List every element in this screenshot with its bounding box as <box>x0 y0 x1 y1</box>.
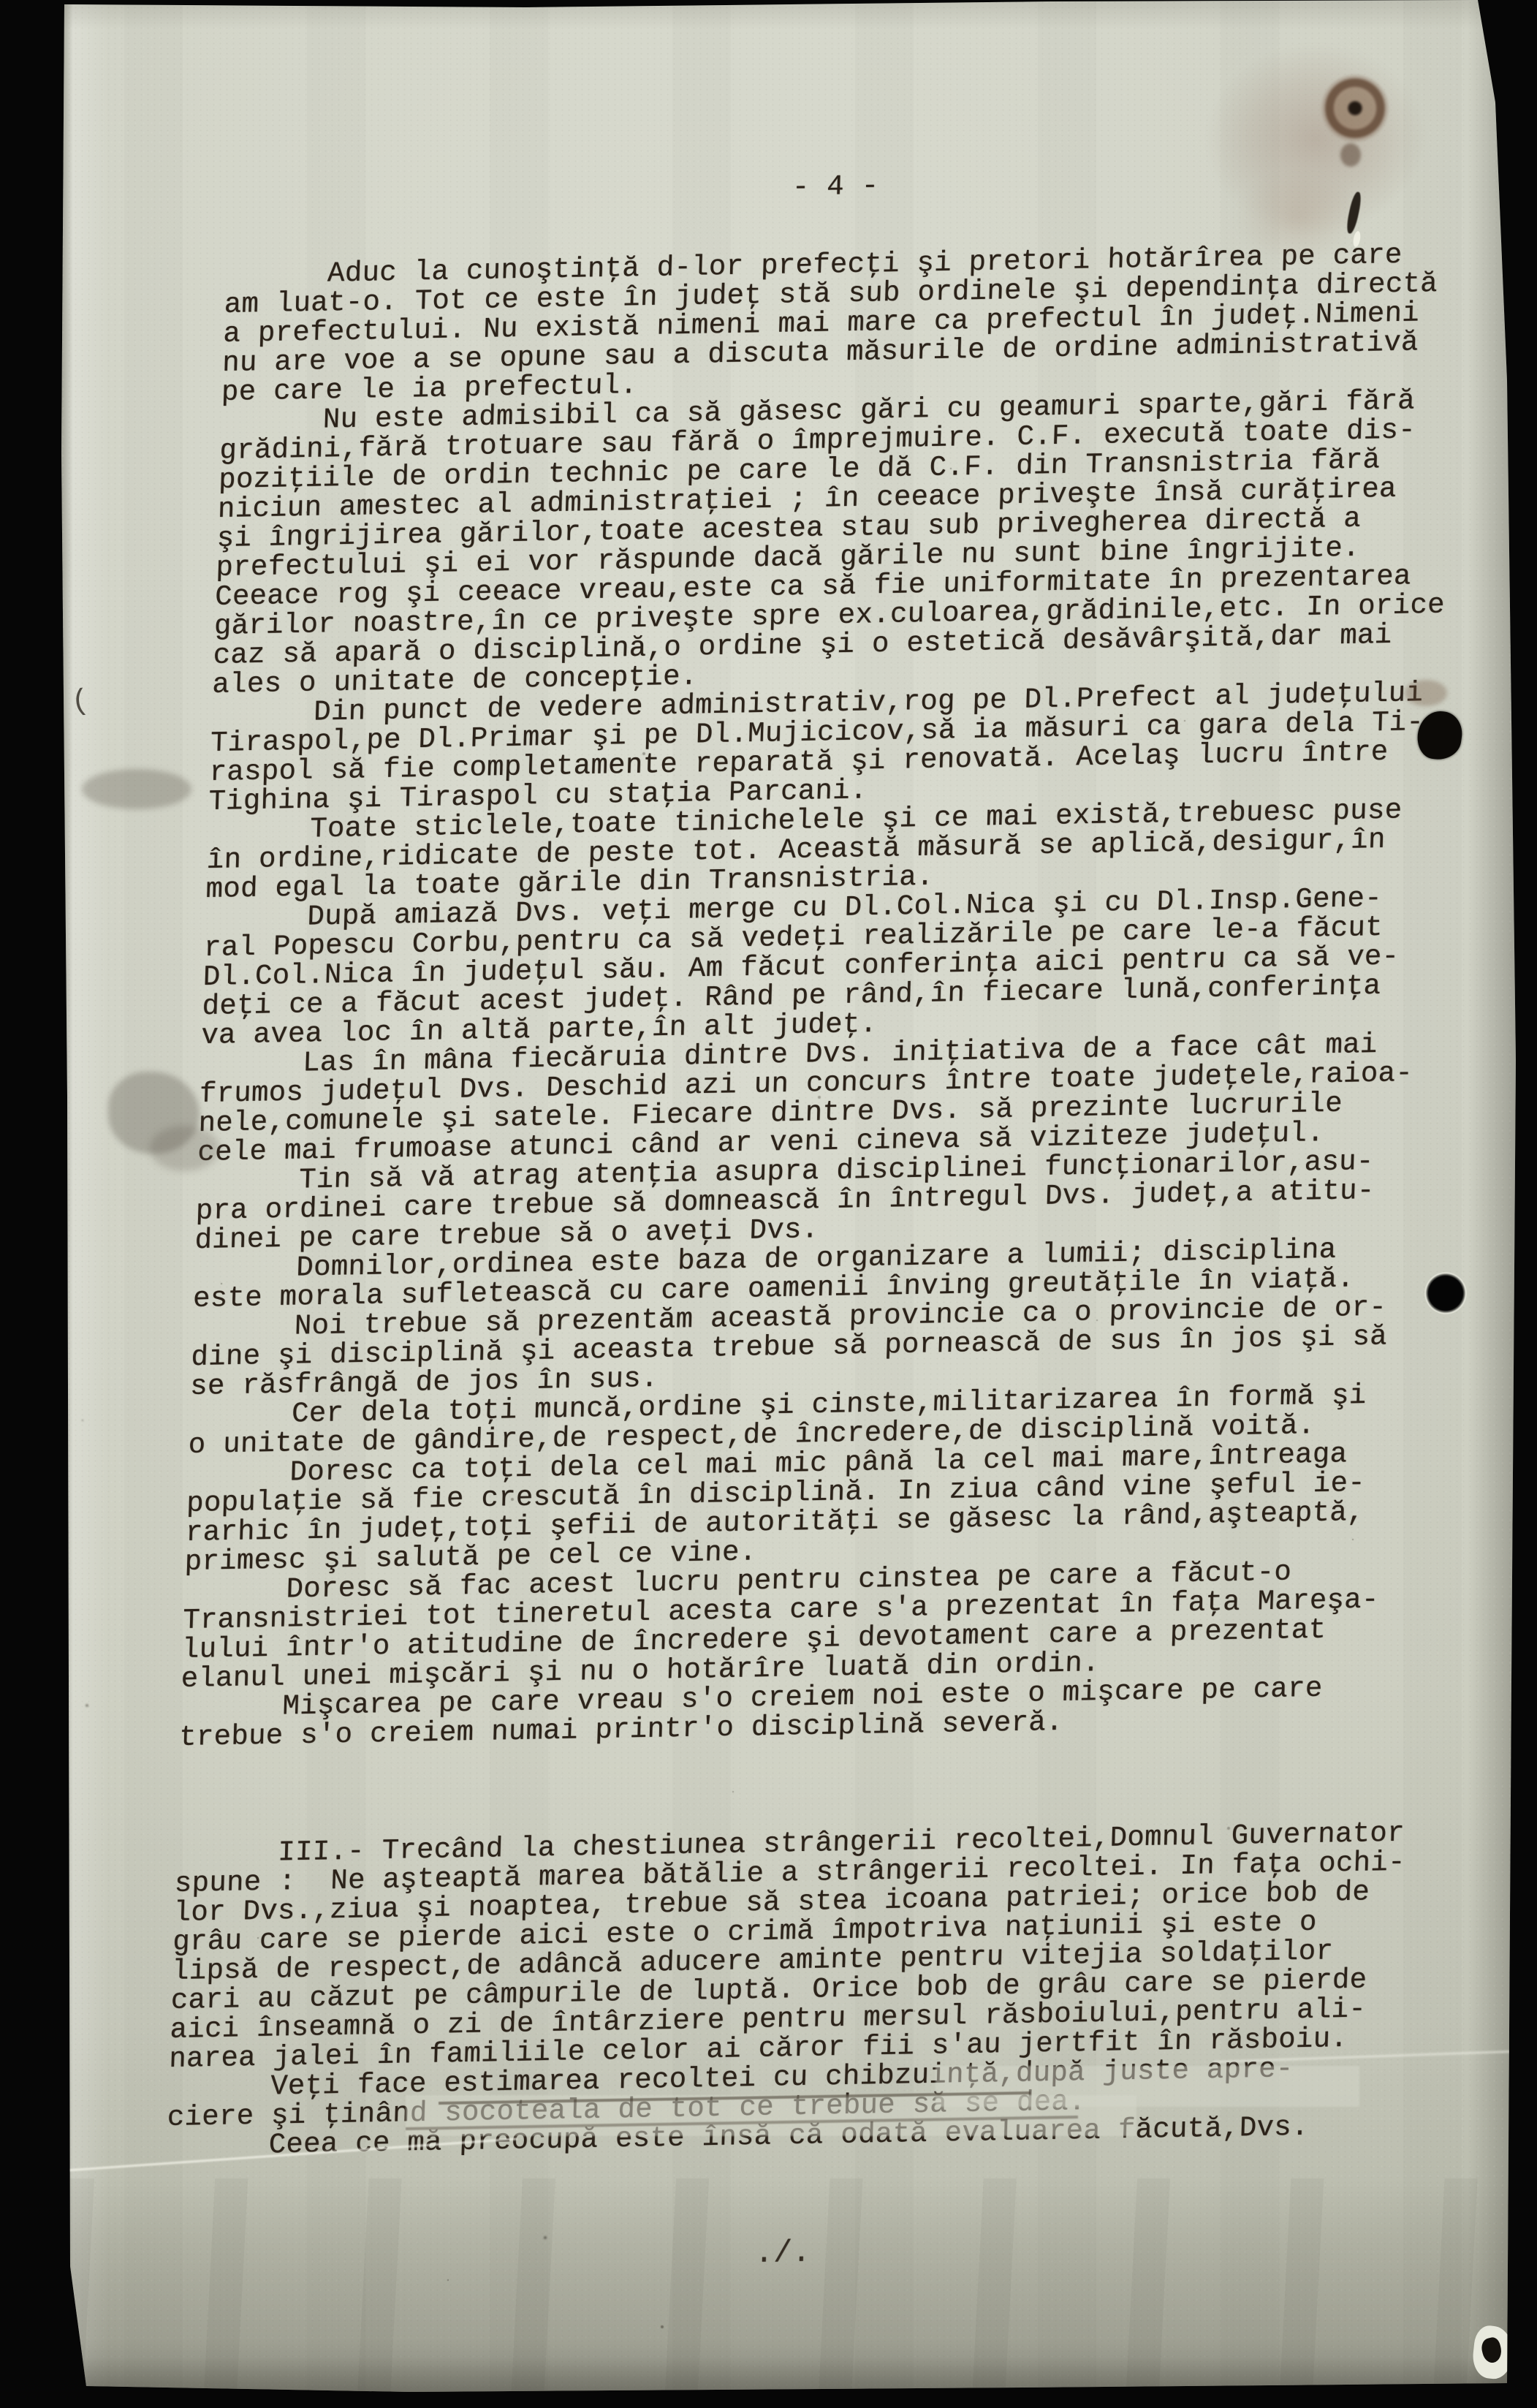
coffee-stain-blob-faint <box>1235 172 1359 263</box>
margin-smudge <box>150 1126 219 1171</box>
paragraph: III.- Trecând la chestiunea strângerii r… <box>169 1818 1449 2074</box>
bottom-fold-shadow <box>61 2178 1516 2392</box>
scanned-document-page: - 4 - Aduc la cunoştinţă d-lor prefecţi … <box>0 0 1537 2408</box>
paper-sheet: - 4 - Aduc la cunoştinţă d-lor prefecţi … <box>0 0 1537 2408</box>
typewritten-text-layer: - 4 - Aduc la cunoştinţă d-lor prefecţi … <box>162 161 1500 2279</box>
punch-hole <box>1424 1272 1467 1314</box>
paragraph: După amiază Dvs. veţi merge cu Dl.Col.Ni… <box>201 882 1478 1050</box>
paragraph: Nu este admisibil ca să găsesc gări cu g… <box>212 385 1494 700</box>
ink-stain-ring <box>1320 73 1390 143</box>
paragraph: Aduc la cunoştinţă d-lor prefecţi şi pre… <box>221 239 1498 407</box>
document-body: Aduc la cunoştinţă d-lor prefecţi şi pre… <box>166 239 1498 2162</box>
ink-smear <box>1405 680 1447 706</box>
stain-droplet <box>1340 143 1361 167</box>
dust-specks <box>0 0 1 1</box>
stray-margin-mark: ( <box>70 685 91 719</box>
margin-smudge <box>82 769 191 809</box>
